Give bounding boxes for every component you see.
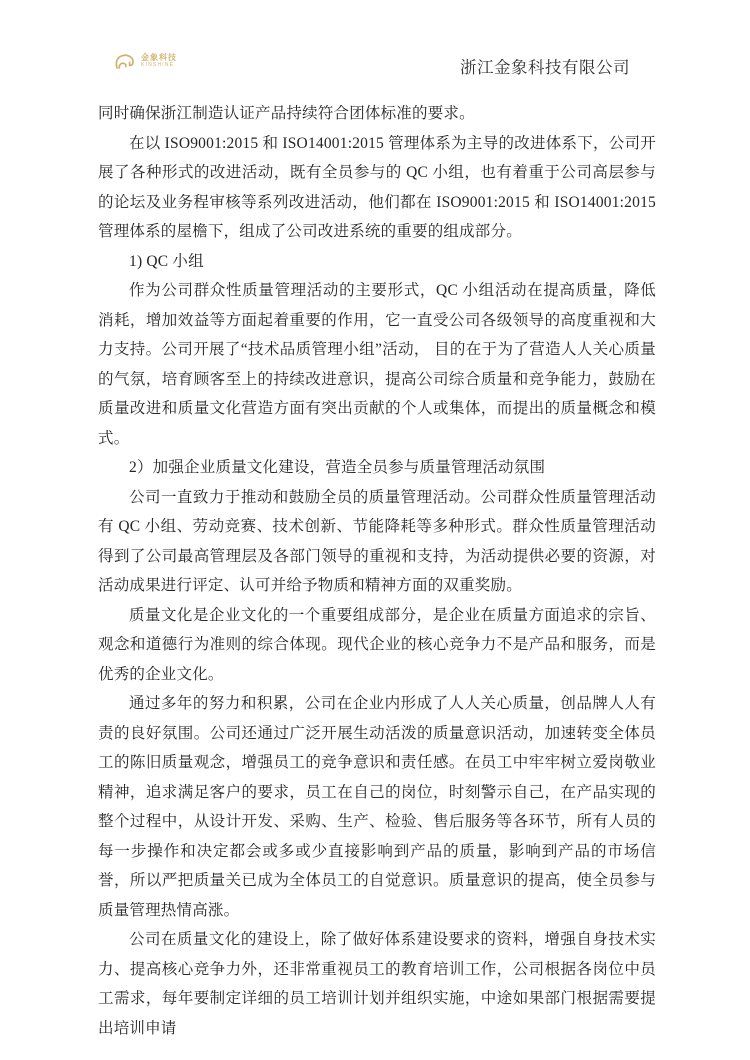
logo-brand-en: KINSHINE: [141, 63, 177, 69]
logo-text: 金象科技 KINSHINE: [141, 54, 177, 68]
company-logo: 金象科技 KINSHINE: [112, 48, 177, 74]
list-heading-1: 1) QC 小组: [98, 247, 656, 277]
company-name: 浙江金象科技有限公司: [460, 54, 630, 78]
document-body: 同时确保浙江制造认证产品持续符合团体标准的要求。 在以 ISO9001:2015…: [98, 99, 656, 1043]
list-heading-2: 2）加强企业质量文化建设，营造全员参与质量管理活动氛围: [98, 453, 656, 483]
paragraph: 在以 ISO9001:2015 和 ISO14001:2015 管理体系为主导的…: [98, 129, 656, 247]
page-header: 金象科技 KINSHINE 浙江金象科技有限公司: [112, 48, 630, 78]
paragraph: 公司一直致力于推动和鼓励全员的质量管理活动。公司群众性质量管理活动有 QC 小组…: [98, 483, 656, 601]
paragraph-continuation: 同时确保浙江制造认证产品持续符合团体标准的要求。: [98, 99, 656, 129]
elephant-logo-icon: [112, 48, 138, 74]
paragraph: 质量文化是企业文化的一个重要组成部分，是企业在质量方面追求的宗旨、观念和道德行为…: [98, 601, 656, 690]
paragraph: 通过多年的努力和积累，公司在企业内形成了人人关心质量，创品牌人人有责的良好氛围。…: [98, 689, 656, 925]
paragraph: 公司在质量文化的建设上，除了做好体系建设要求的资料，增强自身技术实力、提高核心竞…: [98, 925, 656, 1043]
paragraph: 作为公司群众性质量管理活动的主要形式，QC 小组活动在提高质量，降低消耗，增加效…: [98, 276, 656, 453]
document-page: 金象科技 KINSHINE 浙江金象科技有限公司 同时确保浙江制造认证产品持续符…: [0, 0, 750, 1060]
